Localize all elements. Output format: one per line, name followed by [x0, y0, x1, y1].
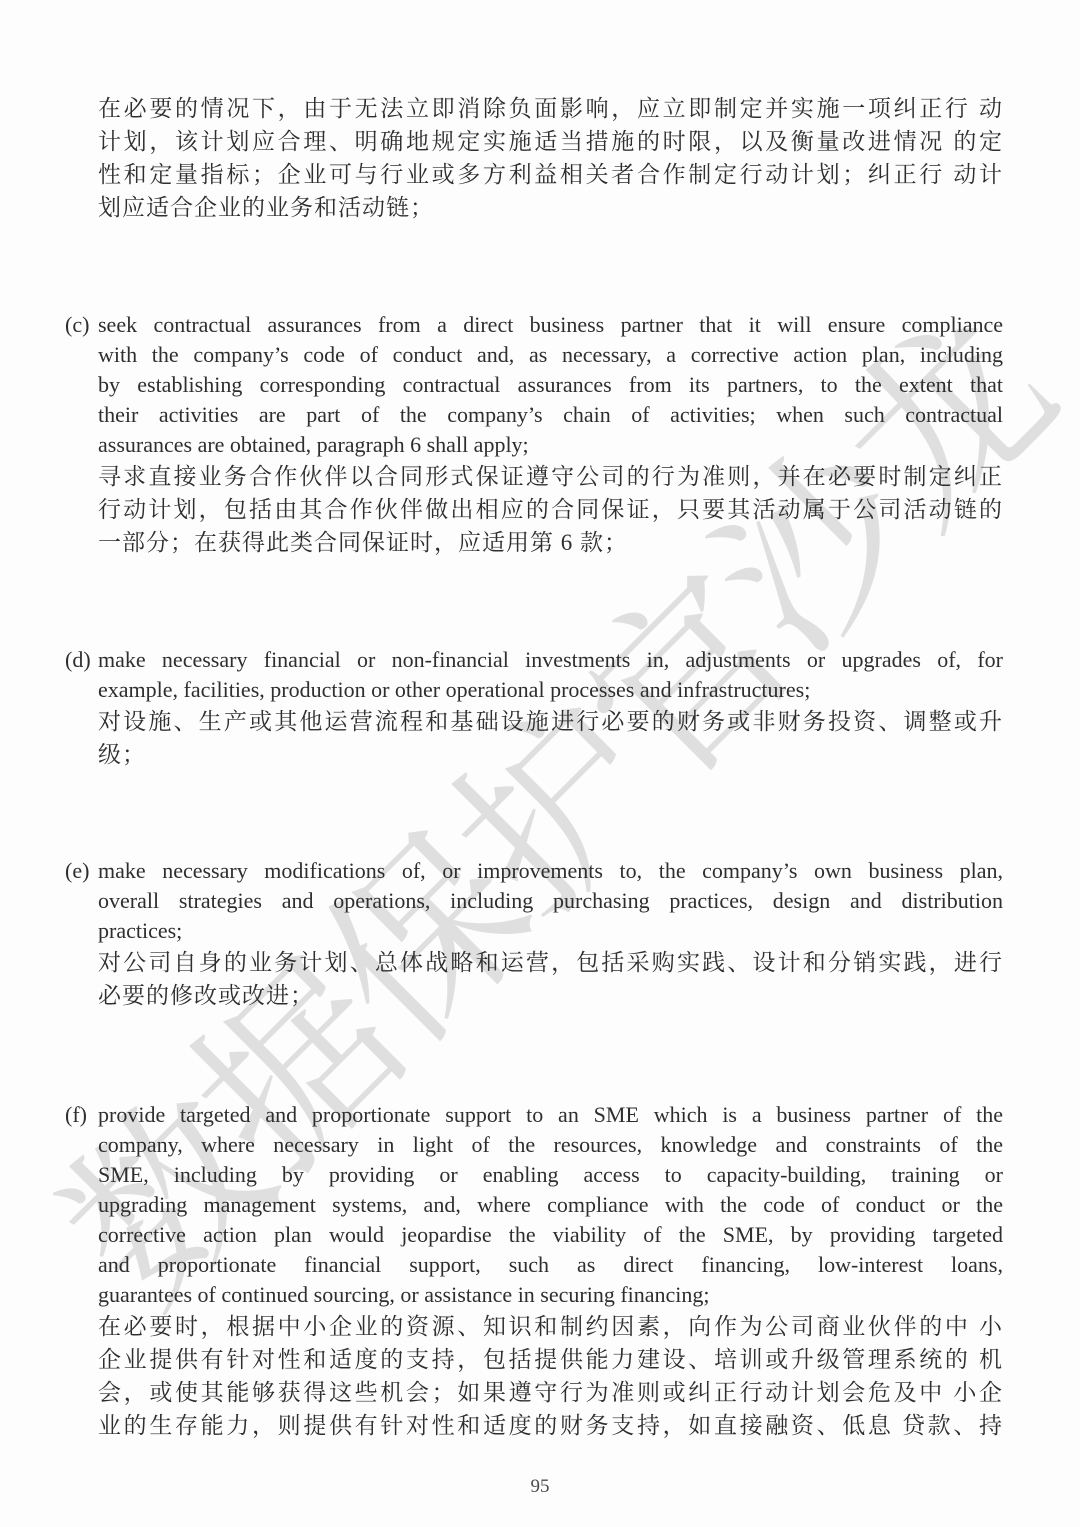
list-item-c: (c)seek contractual assurances from a di… [65, 310, 1003, 559]
english-text-line: their activities are part of the company… [65, 400, 1003, 430]
chinese-text-line: 一部分；在获得此类合同保证时，应适用第 6 款； [65, 526, 1003, 559]
english-text-line: company, where necessary in light of the… [65, 1130, 1003, 1160]
english-text: provide targeted and proportionate suppo… [98, 1102, 1003, 1127]
english-text: seek contractual assurances from a direc… [98, 312, 1003, 337]
english-text-line: overall strategies and operations, inclu… [65, 886, 1003, 916]
english-text-line: example, facilities, production or other… [65, 675, 1003, 705]
list-item-f: (f)provide targeted and proportionate su… [65, 1100, 1003, 1442]
english-text: make necessary financial or non-financia… [98, 647, 1003, 672]
chinese-text-line: 必要的修改或改进； [65, 979, 1003, 1012]
english-text-line: and proportionate financial support, suc… [65, 1250, 1003, 1280]
text-line: 性和定量指标；企业可与行业或多方利益相关者合作制定行动计划；纠正行 动计 [98, 158, 1003, 191]
english-text-line: practices; [65, 916, 1003, 946]
english-text-line: assurances are obtained, paragraph 6 sha… [65, 430, 1003, 460]
item-marker: (d) [65, 645, 98, 675]
english-text-line: (e)make necessary modifications of, or i… [65, 856, 1003, 886]
item-marker: (c) [65, 310, 98, 340]
english-text: make necessary modifications of, or impr… [98, 858, 1003, 883]
english-text-line: with the company’s code of conduct and, … [65, 340, 1003, 370]
chinese-text-line: 业的生存能力，则提供有针对性和适度的财务支持，如直接融资、低息 贷款、持 [65, 1409, 1003, 1442]
chinese-text-line: 寻求直接业务合作伙伴以合同形式保证遵守公司的行为准则，并在必要时制定纠正 [65, 460, 1003, 493]
chinese-text-line: 对公司自身的业务计划、总体战略和运营，包括采购实践、设计和分销实践，进行 [65, 946, 1003, 979]
page-content: 在必要的情况下，由于无法立即消除负面影响，应立即制定并实施一项纠正行 动 计划，… [0, 0, 1080, 1527]
chinese-text-line: 行动计划，包括由其合作伙伴做出相应的合同保证，只要其活动属于公司活动链的 [65, 493, 1003, 526]
text-line: 计划，该计划应合理、明确地规定实施适当措施的时限，以及衡量改进情况 的定 [98, 125, 1003, 158]
english-text-line: (f)provide targeted and proportionate su… [65, 1100, 1003, 1130]
english-text-line: upgrading management systems, and, where… [65, 1190, 1003, 1220]
chinese-text-line: 级； [65, 738, 1003, 771]
english-text-line: guarantees of continued sourcing, or ass… [65, 1280, 1003, 1310]
text-line: 在必要的情况下，由于无法立即消除负面影响，应立即制定并实施一项纠正行 动 [98, 92, 1003, 125]
item-marker: (f) [65, 1100, 98, 1130]
english-text-line: (c)seek contractual assurances from a di… [65, 310, 1003, 340]
list-item-d: (d)make necessary financial or non-finan… [65, 645, 1003, 771]
english-text-line: corrective action plan would jeopardise … [65, 1220, 1003, 1250]
page-number: 95 [0, 1476, 1080, 1498]
list-item-e: (e)make necessary modifications of, or i… [65, 856, 1003, 1012]
english-text-line: by establishing corresponding contractua… [65, 370, 1003, 400]
chinese-text-line: 会，或使其能够获得这些机会；如果遵守行为准则或纠正行动计划会危及中 小企 [65, 1376, 1003, 1409]
chinese-text-line: 对设施、生产或其他运营流程和基础设施进行必要的财务或非财务投资、调整或升 [65, 705, 1003, 738]
item-marker: (e) [65, 856, 98, 886]
english-text-line: SME, including by providing or enabling … [65, 1160, 1003, 1190]
chinese-text-line: 在必要时，根据中小企业的资源、知识和制约因素，向作为公司商业伙伴的中 小 [65, 1310, 1003, 1343]
english-text-line: (d)make necessary financial or non-finan… [65, 645, 1003, 675]
intro-paragraph: 在必要的情况下，由于无法立即消除负面影响，应立即制定并实施一项纠正行 动 计划，… [98, 92, 1003, 224]
chinese-text-line: 企业提供有针对性和适度的支持，包括提供能力建设、培训或升级管理系统的 机 [65, 1343, 1003, 1376]
document-page: 数据保护官沙龙 在必要的情况下，由于无法立即消除负面影响，应立即制定并实施一项纠… [0, 0, 1080, 1527]
text-line: 划应适合企业的业务和活动链； [98, 191, 1003, 224]
